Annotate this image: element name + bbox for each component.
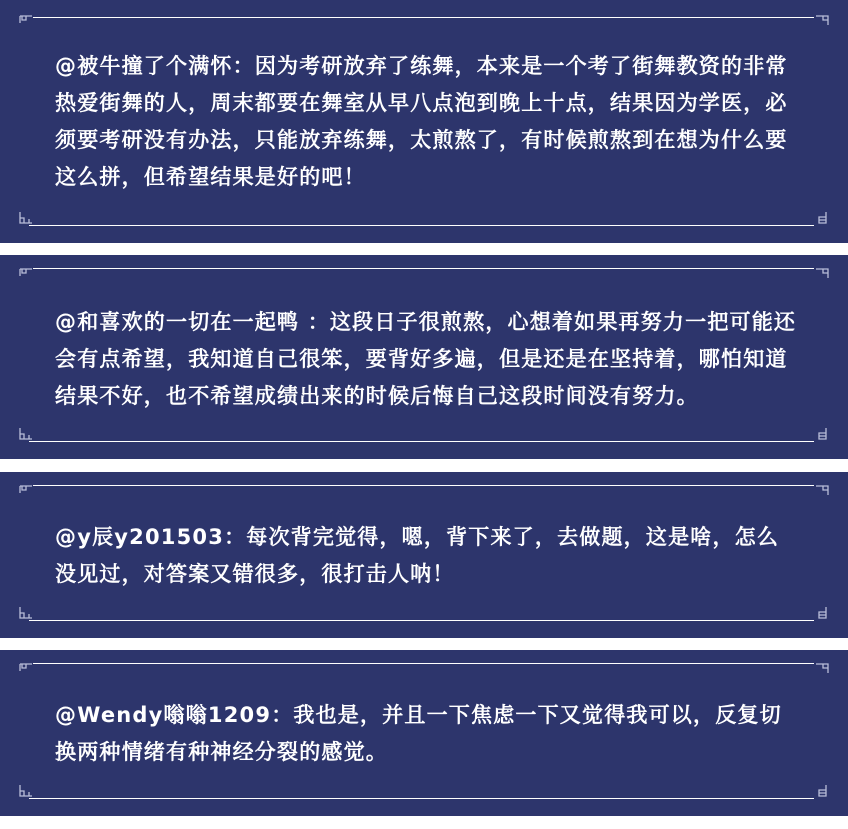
corner-ornament-bottom-left-icon <box>19 784 33 798</box>
comment-text: @Wendy嗡嗡1209：我也是，并且一下焦虑一下又觉得我可以，反复切换两种情绪… <box>55 697 800 771</box>
comment-card-4: @Wendy嗡嗡1209：我也是，并且一下焦虑一下又觉得我可以，反复切换两种情绪… <box>0 650 848 816</box>
comment-card-2: @和喜欢的一切在一起鸭 ：这段日子很煎熬，心想着如果再努力一把可能还会有点希望，… <box>0 255 848 459</box>
corner-ornament-top-right-icon <box>815 267 829 281</box>
frame-bottom-line <box>29 225 814 226</box>
corner-ornament-top-left-icon <box>19 484 33 498</box>
corner-ornament-top-right-icon <box>815 14 829 28</box>
corner-ornament-bottom-left-icon <box>19 211 33 225</box>
corner-ornament-bottom-right-icon <box>815 784 829 798</box>
corner-ornament-top-left-icon <box>19 662 33 676</box>
frame-bottom-line <box>29 620 814 621</box>
corner-ornament-top-right-icon <box>815 662 829 676</box>
corner-ornament-bottom-right-icon <box>815 606 829 620</box>
comment-username[interactable]: @和喜欢的一切在一起鸭 <box>55 310 299 334</box>
comment-card-3: @y辰y201503：每次背完觉得，嗯，背下来了，去做题，这是啥，怎么没见过，对… <box>0 472 848 638</box>
corner-ornament-bottom-right-icon <box>815 427 829 441</box>
comment-text: @和喜欢的一切在一起鸭 ：这段日子很煎熬，心想着如果再努力一把可能还会有点希望，… <box>55 304 800 415</box>
frame-top-line <box>33 485 814 486</box>
corner-ornament-bottom-left-icon <box>19 606 33 620</box>
frame-top-line <box>33 17 814 18</box>
corner-ornament-top-right-icon <box>815 484 829 498</box>
frame-top-line <box>33 663 814 664</box>
comment-card-1: @被牛撞了个满怀：因为考研放弃了练舞，本来是一个考了街舞教资的非常热爱街舞的人，… <box>0 0 848 243</box>
frame-bottom-line <box>29 441 814 442</box>
frame-bottom-line <box>29 798 814 799</box>
corner-ornament-top-left-icon <box>19 267 33 281</box>
comment-username[interactable]: @y辰y201503 <box>55 525 224 549</box>
frame-top-line <box>33 268 814 269</box>
comment-text: @y辰y201503：每次背完觉得，嗯，背下来了，去做题，这是啥，怎么没见过，对… <box>55 519 800 593</box>
comment-username[interactable]: @Wendy嗡嗡1209 <box>55 703 271 727</box>
comment-text: @被牛撞了个满怀：因为考研放弃了练舞，本来是一个考了街舞教资的非常热爱街舞的人，… <box>55 48 800 196</box>
corner-ornament-bottom-left-icon <box>19 427 33 441</box>
comment-username[interactable]: @被牛撞了个满怀 <box>55 54 233 78</box>
corner-ornament-bottom-right-icon <box>815 211 829 225</box>
corner-ornament-top-left-icon <box>19 14 33 28</box>
